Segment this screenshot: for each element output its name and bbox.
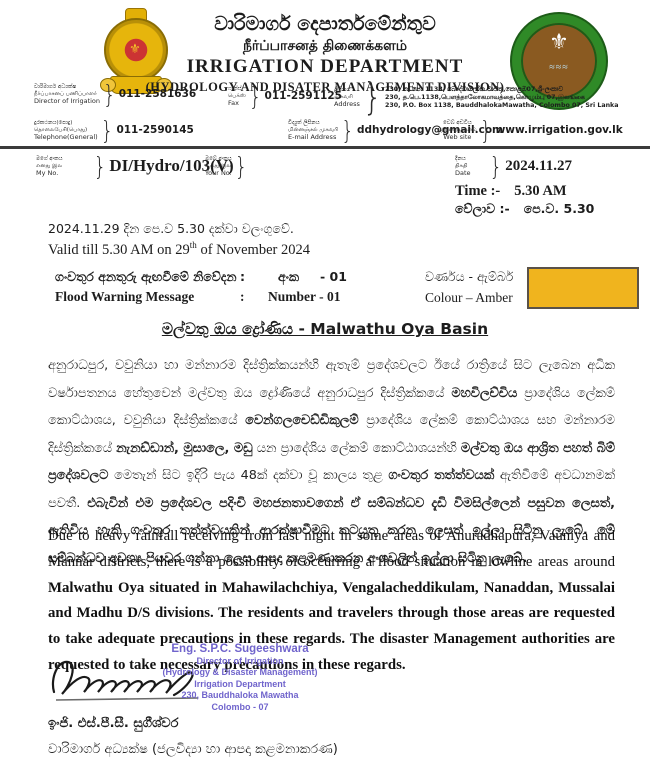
time-label-si: වේලාව :-	[455, 201, 510, 216]
stamp-line: Irrigation Department	[150, 679, 330, 691]
label-en: Web site	[438, 134, 477, 141]
warning-colon-en: :	[240, 289, 245, 305]
contact-website: වෙබ් අඩවිය இணையத்தளம் Web site } www.irr…	[438, 118, 623, 142]
flood-warning-document: ⚜ ⚜ ≈≈≈ වාරිමාර්ග දෙපාර්තමේන්තුව நீர்ப்ப…	[0, 0, 650, 780]
director-phone-value: 011-2581636	[119, 88, 196, 100]
website-value: www.irrigation.gov.lk	[496, 124, 623, 136]
your-no-group: ඔබේ අංකය உமது இல Your No. }	[205, 154, 250, 178]
warning-number-word-si: අංක	[278, 269, 299, 285]
brace: }	[341, 115, 354, 145]
valid-ordinal: th	[190, 240, 197, 250]
contact-director: වාරිමාර්ග අධ්‍යක්ෂ நீர்ப்பாசனப் பணிப்பாள…	[34, 82, 196, 106]
amber-colour-swatch	[527, 267, 639, 309]
valid-suffix: of November 2024	[197, 242, 310, 258]
stamp-line: Colombo - 07	[150, 702, 330, 714]
brace: }	[103, 79, 116, 109]
time-line-english: Time :-5.30 AM	[455, 183, 567, 200]
label-si: මගේ අංකය	[36, 156, 63, 163]
date-value: 2024.11.27	[505, 158, 572, 175]
label-si: දිනය	[455, 156, 471, 163]
dept-title-sinhala: වාරිමාර්ග දෙපාර්තමේන්තුව	[0, 14, 650, 36]
label-en: Telephone(General)	[34, 134, 98, 141]
address-value: 230, තැ.පෙ. 1138, බෞද්ධාලෝක මාවත,කොළඹ07,…	[385, 86, 619, 110]
label-en: Date	[455, 170, 471, 177]
contact-telephone: දුරකථනය(පොදු) தொலைபேசி(பொது) Telephone(G…	[34, 118, 194, 142]
dept-title-english: IRRIGATION DEPARTMENT	[0, 56, 650, 78]
label-si: දුරකථනය(පොදු)	[34, 120, 98, 127]
contact-fax: ෆැක්ස් பெக்ஸ் Fax } 011-2591125	[228, 84, 342, 108]
label-si: ඔබේ අංකය	[205, 156, 232, 163]
validity-line-english: Valid till 5.30 AM on 29th of November 2…	[48, 240, 310, 259]
fax-value: 011-2591125	[265, 90, 342, 102]
label-en: Fax	[228, 100, 246, 107]
contact-director-label: වාරිමාර්ග අධ්‍යක්ෂ நீர்ப்பாசனப் பணிப்பாள…	[34, 84, 100, 105]
brace: }	[480, 115, 493, 145]
warning-number-english: Number - 01	[268, 289, 341, 305]
label-en: My No.	[36, 170, 63, 177]
contact-fax-label: ෆැක්ස් பெக்ஸ் Fax	[228, 86, 246, 107]
brace: }	[94, 151, 107, 181]
signatory-name-sinhala: ඉංජි. එස්.පී.සී. සුගීශ්වර	[48, 716, 178, 731]
telephone-value: 011-2590145	[116, 124, 193, 136]
validity-line-sinhala: 2024.11.29 දින පෙ.ව 5.30 දක්වා වලංගුවේ.	[48, 221, 294, 237]
brace: }	[249, 81, 262, 111]
label-en: Address	[334, 101, 360, 108]
warning-label-sinhala: ගංවතුර අනතුරු ඇඟවීමේ නිවේදන	[55, 269, 237, 285]
stamp-line: 230, Bauddhaloka Mawatha	[150, 690, 330, 702]
director-rubber-stamp: Eng. S.P.C. SugeeshwaraDirector of Irrig…	[150, 644, 330, 713]
header-divider	[0, 146, 650, 149]
colour-label-sinhala: වර්ණය - ඇම්බර්	[425, 269, 513, 285]
contact-website-label: වෙබ් අඩවිය இணையத்தளம் Web site	[438, 120, 477, 141]
label-si: වෙබ් අඩවිය	[438, 120, 477, 127]
valid-prefix: Valid till 5.30 AM on 29	[48, 242, 190, 258]
address-si: 230, තැ.පෙ. 1138, බෞද්ධාලෝක මාවත,කොළඹ07,…	[385, 86, 619, 94]
label-en: E-mail Address	[288, 134, 338, 141]
address-ta: 230, த.பெ.1138,பௌத்தாலோகமாவத்தை,கொழும்பு…	[385, 94, 619, 102]
dept-title-tamil: நீர்ப்பாசனத் திணைக்களம்	[0, 38, 650, 54]
label-en: Director of Irrigation	[34, 98, 100, 105]
time-value-si: පෙ.ව. 5.30	[524, 201, 595, 216]
label-si: ලිපිනය	[334, 87, 360, 94]
stamp-line: (Hydrology & Disaster Management)	[150, 667, 330, 679]
warning-colon-si: :	[240, 269, 245, 284]
stamp-line: Director of Irrigation	[150, 656, 330, 668]
time-line-sinhala: වේලාව :-පෙ.ව. 5.30	[455, 201, 594, 217]
your-no-label: ඔබේ අංකය உமது இல Your No.	[205, 156, 232, 177]
warning-label-english: Flood Warning Message	[55, 289, 194, 305]
brace: }	[235, 151, 248, 181]
time-label-en: Time :-	[455, 183, 500, 199]
label-si: ෆැක්ස්	[228, 86, 246, 93]
label-si: වාරිමාර්ග අධ්‍යක්ෂ	[34, 84, 100, 91]
colour-label-english: Colour – Amber	[425, 290, 513, 306]
contact-email-label: විද්‍යුත් ලිපිනය மின்னஞ்சல் முகவரி E-mai…	[288, 120, 338, 141]
date-group: දිනය திகதி Date } 2024.11.27	[455, 154, 572, 178]
basin-title: මල්වතු ඔය ද්‍රෝණිය - Malwathu Oya Basin	[0, 320, 650, 339]
warning-number-value-si: - 01	[320, 269, 347, 284]
stamp-line: Eng. S.P.C. Sugeeshwara	[150, 644, 330, 656]
contact-telephone-label: දුරකථනය(පොදු) தொலைபேசி(பொது) Telephone(G…	[34, 120, 98, 141]
date-label: දිනය திகதி Date	[455, 156, 471, 177]
contact-address: ලිපිනය முகவரி Address } 230, තැ.පෙ. 1138…	[334, 80, 619, 115]
label-en: Your No.	[205, 170, 232, 177]
contact-address-label: ලිපිනය முகவரி Address	[334, 87, 360, 108]
brace: }	[363, 76, 382, 120]
my-no-label: මගේ අංකය எனது இல My No.	[36, 156, 63, 177]
signatory-designation-sinhala: වාරිමාර්ග අධ්‍යක්ෂ (ජලවිද්‍යා හා ආපදා කළ…	[48, 742, 338, 757]
brace: }	[490, 151, 503, 181]
time-value-en: 5.30 AM	[514, 183, 566, 199]
address-en: 230, P.O. Box 1138, BauddhalokaMawatha, …	[385, 102, 619, 110]
label-si: විද්‍යුත් ලිපිනය	[288, 120, 338, 127]
brace: }	[101, 115, 114, 145]
